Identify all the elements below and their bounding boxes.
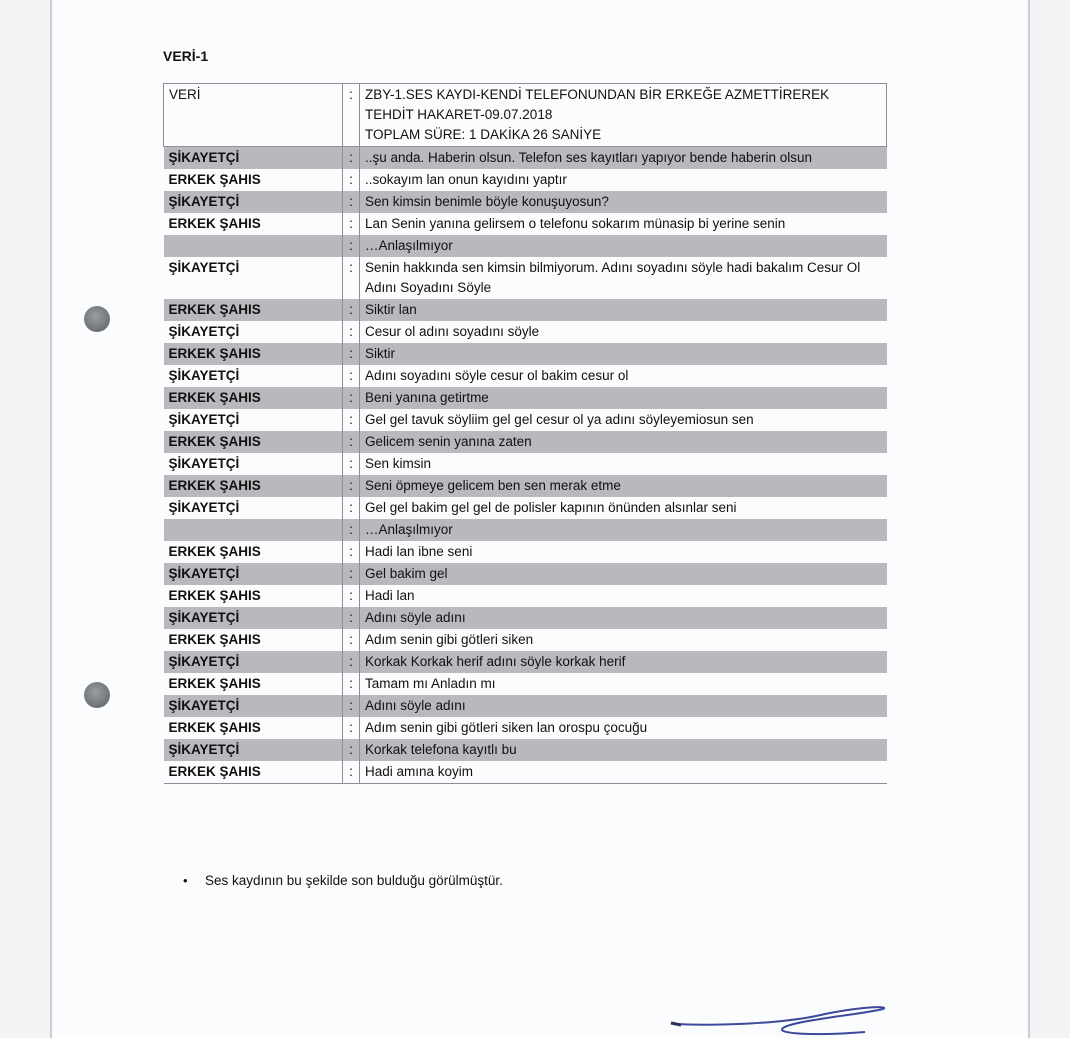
separator: : <box>343 651 360 673</box>
signature-mark <box>665 1000 905 1038</box>
transcript-row: ERKEK ŞAHIS:Seni öpmeye gelicem ben sen … <box>164 475 887 497</box>
bullet-icon: • <box>183 873 188 888</box>
separator: : <box>343 497 360 519</box>
transcript-row: ERKEK ŞAHIS:Siktir lan <box>164 299 887 321</box>
utterance-text: Lan Senin yanına gelirsem o telefonu sok… <box>360 213 887 235</box>
transcript-row: ŞİKAYETÇİ:Korkak Korkak herif adını söyl… <box>164 651 887 673</box>
transcript-row: ŞİKAYETÇİ:Gel bakim gel <box>164 563 887 585</box>
transcript-row: ERKEK ŞAHIS:Beni yanına getirtme <box>164 387 887 409</box>
speaker-label <box>164 235 343 257</box>
utterance-text: Gel gel bakim gel gel de polisler kapını… <box>360 497 887 519</box>
speaker-label: ŞİKAYETÇİ <box>164 563 343 585</box>
utterance-text: Cesur ol adını soyadını söyle <box>360 321 887 343</box>
speaker-label: ERKEK ŞAHIS <box>164 629 343 651</box>
utterance-text: Adım senin gibi götleri siken <box>360 629 887 651</box>
utterance-text: Gel gel tavuk söyliim gel gel cesur ol y… <box>360 409 887 431</box>
separator: : <box>343 365 360 387</box>
speaker-label: ERKEK ŞAHIS <box>164 387 343 409</box>
utterance-text: Tamam mı Anladın mı <box>360 673 887 695</box>
utterance-text: …Anlaşılmıyor <box>360 519 887 541</box>
utterance-text: Siktir <box>360 343 887 365</box>
utterance-text: Adını söyle adını <box>360 607 887 629</box>
separator: : <box>343 761 360 784</box>
transcript-row: ŞİKAYETÇİ:Gel gel bakim gel gel de polis… <box>164 497 887 519</box>
utterance-text: Siktir lan <box>360 299 887 321</box>
speaker-label: ŞİKAYETÇİ <box>164 453 343 475</box>
separator: : <box>343 717 360 739</box>
transcript-row: ŞİKAYETÇİ:Korkak telefona kayıtlı bu <box>164 739 887 761</box>
separator: : <box>343 387 360 409</box>
transcript-row: ŞİKAYETÇİ:Adını söyle adını <box>164 607 887 629</box>
transcript-row: ŞİKAYETÇİ:Adını soyadını söyle cesur ol … <box>164 365 887 387</box>
speaker-label <box>164 519 343 541</box>
speaker-label: ŞİKAYETÇİ <box>164 651 343 673</box>
separator: : <box>343 169 360 191</box>
speaker-label: ŞİKAYETÇİ <box>164 191 343 213</box>
header-text: ZBY-1.SES KAYDI-KENDİ TELEFONUNDAN BİR E… <box>360 84 887 147</box>
transcript-row: :…Anlaşılmıyor <box>164 519 887 541</box>
transcript-row: ŞİKAYETÇİ:Gel gel tavuk söyliim gel gel … <box>164 409 887 431</box>
utterance-text: Adını soyadını söyle cesur ol bakim cesu… <box>360 365 887 387</box>
speaker-label: ERKEK ŞAHIS <box>164 717 343 739</box>
speaker-label: ŞİKAYETÇİ <box>164 147 343 170</box>
speaker-label: ŞİKAYETÇİ <box>164 257 343 299</box>
transcript-row: ŞİKAYETÇİ:Sen kimsin <box>164 453 887 475</box>
speaker-label: ERKEK ŞAHIS <box>164 475 343 497</box>
transcript-row: ERKEK ŞAHIS:Adım senin gibi götleri sike… <box>164 629 887 651</box>
punch-hole <box>84 306 110 332</box>
separator: : <box>343 475 360 497</box>
transcript-row: ERKEK ŞAHIS:Siktir <box>164 343 887 365</box>
utterance-text: Adını söyle adını <box>360 695 887 717</box>
separator: : <box>343 431 360 453</box>
speaker-label: ŞİKAYETÇİ <box>164 409 343 431</box>
transcript-row: ERKEK ŞAHIS:Gelicem senin yanına zaten <box>164 431 887 453</box>
speaker-label: ERKEK ŞAHIS <box>164 213 343 235</box>
transcript-row: ŞİKAYETÇİ:..şu anda. Haberin olsun. Tele… <box>164 147 887 170</box>
utterance-text: …Anlaşılmıyor <box>360 235 887 257</box>
utterance-text: ..şu anda. Haberin olsun. Telefon ses ka… <box>360 147 887 170</box>
separator: : <box>343 321 360 343</box>
header-label: VERİ <box>164 84 343 147</box>
section-title: VERİ-1 <box>163 48 208 64</box>
note-text: Ses kaydının bu şekilde son bulduğu görü… <box>205 873 503 888</box>
transcript-row: ERKEK ŞAHIS:Adım senin gibi götleri sike… <box>164 717 887 739</box>
utterance-text: Sen kimsin benimle böyle konuşuyosun? <box>360 191 887 213</box>
utterance-text: Seni öpmeye gelicem ben sen merak etme <box>360 475 887 497</box>
speaker-label: ERKEK ŞAHIS <box>164 299 343 321</box>
transcript-row: ŞİKAYETÇİ:Senin hakkında sen kimsin bilm… <box>164 257 887 299</box>
speaker-label: ŞİKAYETÇİ <box>164 365 343 387</box>
separator: : <box>343 563 360 585</box>
separator: : <box>343 739 360 761</box>
punch-hole <box>84 682 110 708</box>
speaker-label: ŞİKAYETÇİ <box>164 607 343 629</box>
separator: : <box>343 541 360 563</box>
separator: : <box>343 453 360 475</box>
utterance-text: Beni yanına getirtme <box>360 387 887 409</box>
closing-note: • Ses kaydının bu şekilde son bulduğu gö… <box>205 873 503 888</box>
utterance-text: Korkak telefona kayıtlı bu <box>360 739 887 761</box>
speaker-label: ERKEK ŞAHIS <box>164 541 343 563</box>
transcript-table: VERİ : ZBY-1.SES KAYDI-KENDİ TELEFONUNDA… <box>163 83 887 784</box>
separator: : <box>343 147 360 170</box>
separator: : <box>343 585 360 607</box>
separator: : <box>343 257 360 299</box>
speaker-label: ERKEK ŞAHIS <box>164 431 343 453</box>
transcript-row: ERKEK ŞAHIS:..sokayım lan onun kayıdını … <box>164 169 887 191</box>
transcript-row: ERKEK ŞAHIS:Lan Senin yanına gelirsem o … <box>164 213 887 235</box>
utterance-text: Gel bakim gel <box>360 563 887 585</box>
speaker-label: ERKEK ŞAHIS <box>164 673 343 695</box>
utterance-text: Hadi lan <box>360 585 887 607</box>
utterance-text: Senin hakkında sen kimsin bilmiyorum. Ad… <box>360 257 887 299</box>
utterance-text: Adım senin gibi götleri siken lan orospu… <box>360 717 887 739</box>
speaker-label: ŞİKAYETÇİ <box>164 497 343 519</box>
separator: : <box>343 629 360 651</box>
utterance-text: Korkak Korkak herif adını söyle korkak h… <box>360 651 887 673</box>
transcript-row: ERKEK ŞAHIS:Hadi lan <box>164 585 887 607</box>
separator: : <box>343 607 360 629</box>
separator: : <box>343 519 360 541</box>
transcript-row: :…Anlaşılmıyor <box>164 235 887 257</box>
separator: : <box>343 213 360 235</box>
separator: : <box>343 84 360 147</box>
speaker-label: ŞİKAYETÇİ <box>164 321 343 343</box>
speaker-label: ERKEK ŞAHIS <box>164 169 343 191</box>
transcript-row: ŞİKAYETÇİ:Sen kimsin benimle böyle konuş… <box>164 191 887 213</box>
separator: : <box>343 235 360 257</box>
utterance-text: Hadi amına koyim <box>360 761 887 784</box>
utterance-text: Sen kimsin <box>360 453 887 475</box>
speaker-label: ERKEK ŞAHIS <box>164 585 343 607</box>
separator: : <box>343 673 360 695</box>
separator: : <box>343 191 360 213</box>
transcript-row: ERKEK ŞAHIS:Hadi amına koyim <box>164 761 887 784</box>
header-row: VERİ : ZBY-1.SES KAYDI-KENDİ TELEFONUNDA… <box>164 84 887 147</box>
speaker-label: ERKEK ŞAHIS <box>164 343 343 365</box>
transcript-row: ERKEK ŞAHIS:Hadi lan ibne seni <box>164 541 887 563</box>
separator: : <box>343 299 360 321</box>
utterance-text: ..sokayım lan onun kayıdını yaptır <box>360 169 887 191</box>
speaker-label: ŞİKAYETÇİ <box>164 695 343 717</box>
utterance-text: Gelicem senin yanına zaten <box>360 431 887 453</box>
separator: : <box>343 343 360 365</box>
speaker-label: ŞİKAYETÇİ <box>164 739 343 761</box>
transcript-row: ERKEK ŞAHIS:Tamam mı Anladın mı <box>164 673 887 695</box>
separator: : <box>343 409 360 431</box>
speaker-label: ERKEK ŞAHIS <box>164 761 343 784</box>
separator: : <box>343 695 360 717</box>
utterance-text: Hadi lan ibne seni <box>360 541 887 563</box>
transcript-row: ŞİKAYETÇİ:Cesur ol adını soyadını söyle <box>164 321 887 343</box>
transcript-row: ŞİKAYETÇİ:Adını söyle adını <box>164 695 887 717</box>
